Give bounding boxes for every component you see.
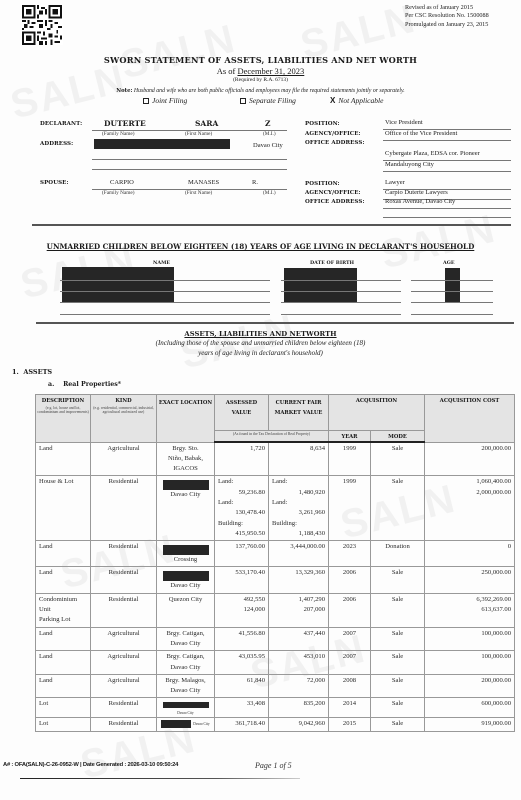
revision-line: Revised as of January 2015 [405,4,489,12]
cell-assessed-line: 61,840 [218,676,265,686]
section-label: ASSETS [23,368,52,376]
cell-fmv-line: 453,010 [272,652,325,662]
declarant-family-name: DUTERTE [104,119,146,128]
spouse-agency: Carpio Duterte Lawyers [385,189,448,196]
cell-fmv-line: 13,329,360 [272,568,325,578]
cell-fmv-line: Land: [272,498,325,508]
cell-year: 2008 [329,674,371,698]
cell-description-line: Land [39,444,87,454]
cell-assessed: 61,840 [215,674,269,698]
cell-mode: Donation [371,541,425,567]
cell-assessed-line: 533,170.40 [218,568,265,578]
header-label: KIND [115,398,131,404]
cell-cost-line: 2,000,000.00 [428,488,511,498]
cell-fmv: 72,000 [269,674,329,698]
cell-assessed-line: 415,950.50 [218,529,265,539]
cell-description: House & Lot [36,476,91,541]
cell-assessed: 43,035.95 [215,651,269,675]
redacted-location [163,545,209,555]
table-row: House & LotResidentialDavao CityLand:59,… [36,476,515,541]
cell-assessed-line: 361,718.40 [218,719,265,729]
redacted-address [94,139,230,149]
cell-assessed: 137,760.00 [215,541,269,567]
spouse-office-address: Roxas Avenue, Davao City [385,198,455,205]
declarant-label: DECLARANT: [40,121,82,127]
cell-description: CondominiumUnitParking Lot [36,593,91,627]
cell-mode: Sale [371,698,425,718]
col-fmv: CURRENT FAIR MARKET VALUE [269,395,329,431]
table-row: LandResidentialCrossing137,760.003,444,0… [36,541,515,567]
address-label: ADDRESS: [40,141,73,147]
cell-location: Davao City [157,718,215,731]
cell-fmv-line: 835,200 [272,699,325,709]
underline [60,314,270,315]
cell-description-line: Land [39,568,87,578]
section-divider [36,322,514,324]
cell-fmv: 9,042,960 [269,718,329,731]
cell-description-line: Land [39,652,87,662]
cell-assessed-line: 33,408 [218,699,265,709]
cell-cost: 200,000.00 [425,674,515,698]
first-name-caption: (First Name) [185,190,212,196]
cell-location-line: Davao City [160,581,211,591]
cell-assessed: 33,408 [215,698,269,718]
cell-assessed-line: 130,478.40 [218,508,265,518]
cell-cost-line: 200,000.00 [428,444,511,454]
document-reference: A# : OFA(SALN)-C-26-0952-W | Date Genera… [3,762,178,768]
cell-mode: Sale [371,627,425,651]
cell-location: Quezon City [157,593,215,627]
cell-year: 2007 [329,627,371,651]
col-mode: MODE [371,431,425,443]
cell-location-line: Niño, Babak, [160,454,211,464]
underline [383,171,511,172]
spouse-office-address-label: OFFICE ADDRESS: [305,199,365,205]
spouse-agency-label: AGENCY/OFFICE: [305,190,361,196]
cell-cost: 200,000.00 [425,442,515,476]
cell-description-line: Lot [39,699,87,709]
declarant-position: Vice President [385,119,423,126]
page-number: Page 1 of 5 [255,761,292,770]
cell-location: Crossing [157,541,215,567]
table-row: LotResidentialDavao City33,408835,200201… [36,698,515,718]
cell-location-line: IGACOS [160,464,211,474]
cell-fmv-line: 9,042,960 [272,719,325,729]
cell-assessed-line: 43,035.95 [218,652,265,662]
cell-assessed: Land:59,236.80Land:130,478.40Building:41… [215,476,269,541]
cell-assessed-line: 492,550 [218,595,265,605]
cell-assessed: 41,556.80 [215,627,269,651]
cell-kind: Residential [91,698,157,718]
redacted-location [163,480,209,490]
children-heading: UNMARRIED CHILDREN BELOW EIGHTEEN (18) Y… [0,242,521,251]
underline [383,208,511,209]
cell-assessed-line: 137,760.00 [218,542,265,552]
cell-cost: 250,000.00 [425,567,515,593]
cell-assessed: 1,720 [215,442,269,476]
children-col-name: NAME [153,260,170,266]
cell-location-line: Brgy. Catigan, [160,629,211,639]
cell-location-line: Davao City [160,686,211,696]
col-cost: ACQUISITION COST [425,395,515,443]
cell-cost: 100,000.00 [425,627,515,651]
col-description: DESCRIPTION(e.g. lot, house and lot, con… [36,395,91,443]
cell-fmv-line: Land: [272,477,325,487]
spouse-label: SPOUSE: [40,180,69,186]
cell-fmv: 437,440 [269,627,329,651]
option-label: Separate Filing [249,96,296,105]
redacted-child-dob [284,268,357,302]
cell-description-line: House & Lot [39,477,87,487]
table-row: LandAgriculturalBrgy. Malagos,Davao City… [36,674,515,698]
cell-location-line: Davao City [160,663,211,673]
required-by: (Required by R.A. 6713) [0,77,521,83]
redacted-location [163,571,209,581]
underline [281,291,401,292]
cell-assessed-line: 59,236.80 [218,488,265,498]
joint-filing-option[interactable]: Joint Filing [143,96,187,105]
not-applicable-option[interactable]: X Not Applicable [330,96,383,105]
underline [411,314,493,315]
cell-assessed: 361,718.40 [215,718,269,731]
cell-assessed-line: Land: [218,498,265,508]
cell-location-line: Davao City [160,711,211,716]
cell-fmv-line: 437,440 [272,629,325,639]
position-label: POSITION: [305,121,340,127]
cell-cost-line: 6,392,269.00 [428,595,511,605]
assets-subheading-line: (Including those of the spouse and unmar… [0,339,521,349]
family-name-caption: (Family Name) [102,190,135,196]
cell-fmv-line: 1,407,290 [272,595,325,605]
cell-description-line: Unit [39,605,87,615]
redacted-location [161,720,191,728]
cell-location-line: Quezon City [160,595,211,605]
underline [92,159,287,160]
footer-divider [20,778,300,779]
cell-fmv-line: 1,188,430 [272,529,325,539]
cell-assessed-line: 124,000 [218,605,265,615]
underline [411,291,493,292]
cell-description: Lot [36,698,91,718]
cell-assessed: 533,170.40 [215,567,269,593]
cell-year: 2014 [329,698,371,718]
cell-mode: Sale [371,567,425,593]
subsection-number: a. [48,381,54,388]
as-of-prefix: As of [217,66,236,76]
cell-assessed-line: 1,720 [218,444,265,454]
declarant-first-name: SARA [195,119,218,128]
cell-year: 1999 [329,442,371,476]
header-hint: (As found in the Tax Declaration of Real… [216,432,327,436]
cell-fmv: 13,329,360 [269,567,329,593]
col-kind: KIND(e.g. residential, commercial, indus… [91,395,157,443]
col-acquisition: ACQUISITION [329,395,425,431]
cell-cost: 600,000.00 [425,698,515,718]
cell-cost: 1,060,400.002,000,000.00 [425,476,515,541]
family-name-caption: (Family Name) [102,131,135,137]
underline [60,302,270,303]
table-row: LandAgriculturalBrgy. Catigan,Davao City… [36,627,515,651]
cell-kind: Agricultural [91,674,157,698]
x-check-icon[interactable]: X [330,96,335,105]
cell-cost: 6,392,269.00613,637.00 [425,593,515,627]
cell-cost-line: 613,637.00 [428,605,511,615]
cell-description-line: Land [39,676,87,686]
underline [60,291,270,292]
cell-location-line: Crossing [160,555,211,565]
cell-cost: 0 [425,541,515,567]
col-year: YEAR [329,431,371,443]
revision-line: Promulgated on January 23, 2015 [405,21,489,29]
cell-mode: Sale [371,651,425,675]
spouse-family-name: CARPIO [110,179,134,186]
section-divider [32,224,511,226]
cell-location-line: Davao City [193,722,209,726]
cell-location-line: Davao City [160,490,211,500]
underline [281,280,401,281]
cell-location-line: Brgy. Catigan, [160,652,211,662]
value-note: (As found in the Tax Declaration of Real… [215,431,329,443]
table-row: LandAgriculturalBrgy. Catigan,Davao City… [36,651,515,675]
redacted-location [163,702,209,708]
table-row: LotResidentialDavao City361,718.409,042,… [36,718,515,731]
cell-cost-line: 100,000.00 [428,629,511,639]
cell-location: Davao City [157,567,215,593]
cell-mode: Sale [371,593,425,627]
mi-caption: (M.I.) [263,131,276,137]
cell-cost-line: 0 [428,542,511,552]
underline [411,302,493,303]
underline [281,302,401,303]
declarant-mi: Z [265,119,270,128]
table-row: CondominiumUnitParking LotResidentialQue… [36,593,515,627]
cell-kind: Residential [91,567,157,593]
cell-mode: Sale [371,476,425,541]
cell-assessed-line: Building: [218,519,265,529]
cell-kind: Residential [91,718,157,731]
cell-cost-line: 919,000.00 [428,719,511,729]
cell-location: Davao City [157,476,215,541]
declarant-agency: Office of the Vice President [385,130,457,137]
cell-year: 1999 [329,476,371,541]
header-label: DESCRIPTION [42,398,85,404]
cell-kind: Agricultural [91,627,157,651]
cell-cost: 100,000.00 [425,651,515,675]
children-col-dob: DATE OF BIRTH [310,260,354,266]
cell-fmv-line: 8,634 [272,444,325,454]
note-label: Note: [116,88,132,94]
saln-document-page: SALN SALN SALN SALN SALN SALN SALN SALN … [0,0,521,800]
cell-location-line: Brgy. Malagos, [160,676,211,686]
underline [281,314,401,315]
cell-fmv: Land:1,480,920Land:3,261,960Building:1,1… [269,476,329,541]
cell-description-line: Parking Lot [39,615,87,625]
cell-fmv: 8,634 [269,442,329,476]
declarant-address-city: Davao City [253,141,283,151]
cell-fmv-line: 3,444,000.00 [272,542,325,552]
spouse-first-name: MANASES [188,179,219,186]
cell-fmv-line: 207,000 [272,605,325,615]
cell-location: Brgy. Malagos,Davao City [157,674,215,698]
cell-mode: Sale [371,718,425,731]
checkbox-icon[interactable] [240,98,246,104]
checkbox-icon[interactable] [143,98,149,104]
cell-description-line: Land [39,629,87,639]
cell-kind: Residential [91,476,157,541]
cell-description: Land [36,674,91,698]
cell-fmv-line: 1,480,920 [272,488,325,498]
underline [411,280,493,281]
cell-description-line: Land [39,542,87,552]
cell-location: Brgy. Catigan,Davao City [157,651,215,675]
cell-cost-line: 600,000.00 [428,699,511,709]
cell-cost-line: 250,000.00 [428,568,511,578]
option-label: Joint Filing [152,96,187,105]
as-of-date-value: December 31, 2023 [237,66,304,76]
cell-cost-line: 200,000.00 [428,676,511,686]
cell-description-line: Lot [39,719,87,729]
cell-assessed-line: 41,556.80 [218,629,265,639]
cell-description-line: Condominium [39,595,87,605]
declarant-office-address-2: Mandaluyong City [385,161,434,168]
declarant-office-address-1: Cybergate Plaza, EDSA cor. Pioneer [385,150,480,157]
note-text: Husband and wife who are both public off… [134,88,405,94]
cell-mode: Sale [371,674,425,698]
table-row: LandAgriculturalBrgy. Sto.Niño, Babak,IG… [36,442,515,476]
col-assessed: ASSESSED VALUE [215,395,269,431]
col-location: EXACT LOCATION [157,395,215,443]
document-title: SWORN STATEMENT OF ASSETS, LIABILITIES A… [0,55,521,65]
cell-year: 2023 [329,541,371,567]
cell-location-line: Brgy. Sto. [160,444,211,454]
separate-filing-option[interactable]: Separate Filing [240,96,296,105]
cell-cost: 919,000.00 [425,718,515,731]
header-hint: (e.g. lot, house and lot, condominium an… [37,406,89,415]
assets-subheading-line: years of age living in declarant's house… [0,349,521,359]
office-address-label: OFFICE ADDRESS: [305,140,365,146]
cell-kind: Agricultural [91,651,157,675]
cell-fmv-line: 72,000 [272,676,325,686]
cell-year: 2006 [329,593,371,627]
children-col-age: AGE [443,260,454,266]
header-hint: (e.g. residential, commercial, industria… [92,406,155,415]
assets-heading: ASSETS, LIABILITIES AND NETWORTH [0,330,521,338]
cell-mode: Sale [371,442,425,476]
cell-cost-line: 100,000.00 [428,652,511,662]
cell-kind: Agricultural [91,442,157,476]
as-of-date: As of December 31, 2023 [0,66,521,76]
agency-label: AGENCY/OFFICE: [305,131,361,137]
cell-year: 2015 [329,718,371,731]
underline [383,217,511,218]
cell-fmv: 1,407,290207,000 [269,593,329,627]
assets-subheading: (Including those of the spouse and unmar… [0,339,521,358]
cell-assessed-line: Land: [218,477,265,487]
cell-location: Davao City [157,698,215,718]
cell-year: 2007 [329,651,371,675]
section-number: 1. [12,368,19,376]
cell-fmv: 3,444,000.00 [269,541,329,567]
cell-description: Land [36,541,91,567]
option-label: Not Applicable [338,96,383,105]
cell-fmv-line: 3,261,960 [272,508,325,518]
spouse-position: Lawyer [385,179,405,186]
redacted-child-age [445,268,460,302]
cell-kind: Residential [91,541,157,567]
cell-year: 2006 [329,567,371,593]
cell-cost-line: 1,060,400.00 [428,477,511,487]
cell-description: Land [36,442,91,476]
redacted-child-name [62,267,174,302]
cell-description: Lot [36,718,91,731]
cell-fmv-line: Building: [272,519,325,529]
table-row: LandResidentialDavao City533,170.4013,32… [36,567,515,593]
underline [92,169,287,170]
first-name-caption: (First Name) [185,131,212,137]
subsection-label: Real Properties* [63,381,121,388]
revision-line: Per CSC Resolution No. 1500088 [405,12,489,20]
section-assets: 1. ASSETS [12,368,52,376]
cell-fmv: 835,200 [269,698,329,718]
underline [383,140,511,141]
cell-location: Brgy. Catigan,Davao City [157,627,215,651]
cell-description: Land [36,651,91,675]
spouse-position-label: POSITION: [305,181,340,187]
underline [60,280,270,281]
revision-info: Revised as of January 2015 Per CSC Resol… [405,4,489,29]
cell-fmv: 453,010 [269,651,329,675]
mi-caption: (M.I.) [263,190,276,196]
cell-description: Land [36,627,91,651]
cell-description: Land [36,567,91,593]
real-properties-table: DESCRIPTION(e.g. lot, house and lot, con… [35,394,515,732]
cell-location-line: Davao City [160,639,211,649]
cell-location: Brgy. Sto.Niño, Babak,IGACOS [157,442,215,476]
cell-kind: Residential [91,593,157,627]
subsection-real-properties: a. Real Properties* [48,381,121,388]
filing-note: Note: Husband and wife who are both publ… [0,88,521,94]
qr-code-icon [21,5,63,45]
cell-assessed: 492,550124,000 [215,593,269,627]
spouse-mi: R. [252,179,258,186]
